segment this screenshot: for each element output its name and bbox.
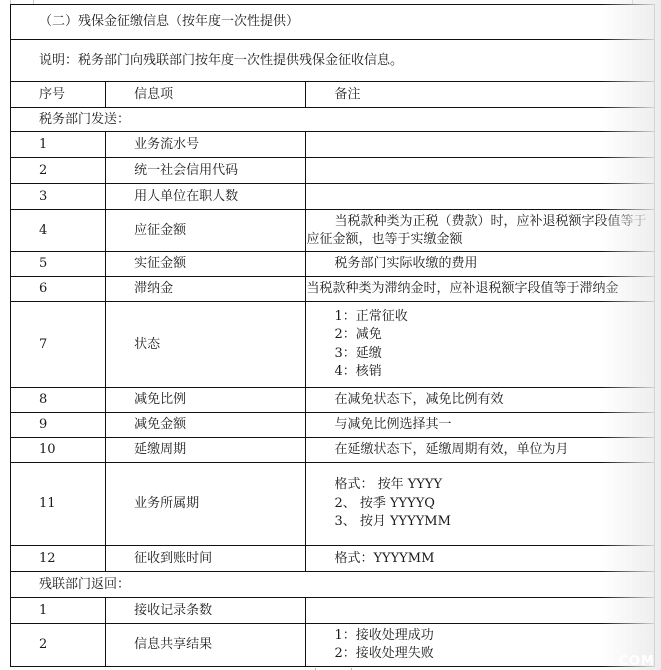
row-item: 实征金额 <box>106 252 306 277</box>
row-note: 格式：YYYYMM <box>306 546 655 572</box>
tax-section-label: 税务部门发送： <box>11 108 655 132</box>
row-item: 统一社会信用代码 <box>106 158 306 184</box>
row-note: 在延缴状态下，延缴周期有效，单位为月 <box>306 438 655 463</box>
row-note: 与减免比例选择其一 <box>306 413 655 438</box>
row-note <box>306 598 655 624</box>
note-line: 2、 按季 YYYYQ <box>334 495 654 514</box>
header-seq: 序号 <box>11 82 106 108</box>
header-note: 备注 <box>306 82 655 108</box>
row-seq: 7 <box>11 302 106 388</box>
row-note: 税务部门实际收缴的费用 <box>306 252 655 277</box>
row-seq: 4 <box>11 210 106 252</box>
row-item: 减免金额 <box>106 413 306 438</box>
header-item: 信息项 <box>106 82 306 108</box>
table-row: 2 统一社会信用代码 <box>11 158 655 184</box>
row-item: 征收到账时间 <box>106 546 306 572</box>
description-text: 说明：税务部门向残联部门按年度一次性提供残保金征收信息。 <box>11 40 655 82</box>
row-seq: 1 <box>11 132 106 158</box>
table-row: 8 减免比例 在减免状态下，减免比例有效 <box>11 388 655 413</box>
section-title-row: （二）残保金征缴信息（按年度一次性提供） <box>11 5 655 40</box>
table-row: 10 延缴周期 在延缴状态下，延缴周期有效，单位为月 <box>11 438 655 463</box>
row-seq: 5 <box>11 252 106 277</box>
row-note: 在减免状态下，减免比例有效 <box>306 388 655 413</box>
row-seq: 3 <box>11 184 106 210</box>
row-seq: 11 <box>11 463 106 546</box>
row-note <box>306 132 655 158</box>
section-title: （二）残保金征缴信息（按年度一次性提供） <box>11 5 655 40</box>
row-seq: 6 <box>11 277 106 302</box>
disabled-section-row: 残联部门返回： <box>11 572 655 598</box>
row-item: 滞纳金 <box>106 277 306 302</box>
table-row: 2 信息共享结果 1：接收处理成功 2：接收处理失败 <box>11 624 655 667</box>
row-item: 延缴周期 <box>106 438 306 463</box>
row-seq: 10 <box>11 438 106 463</box>
row-seq: 1 <box>11 598 106 624</box>
note-line: 1：正常征收 <box>334 308 654 327</box>
row-item: 状态 <box>106 302 306 388</box>
row-item: 应征金额 <box>106 210 306 252</box>
note-line: 1：接收处理成功 <box>334 627 654 646</box>
row-item: 减免比例 <box>106 388 306 413</box>
row-item: 业务流水号 <box>106 132 306 158</box>
row-note: 1：正常征收 2：减免 3：延缴 4：核销 <box>306 302 655 388</box>
row-item: 接收记录条数 <box>106 598 306 624</box>
table-row: 1 接收记录条数 <box>11 598 655 624</box>
note-line: 格式： 按年 YYYY <box>334 476 654 495</box>
table-row: 11 业务所属期 格式： 按年 YYYY 2、 按季 YYYYQ 3、 按月 Y… <box>11 463 655 546</box>
row-seq: 12 <box>11 546 106 572</box>
note-line: 4：核销 <box>334 363 654 382</box>
row-note: 当税款种类为正税（费款）时，应补退税额字段值等于 应征金额，也等于实缴金额 <box>306 210 655 252</box>
row-note: 格式： 按年 YYYY 2、 按季 YYYYQ 3、 按月 YYYYMM <box>306 463 655 546</box>
row-seq: 8 <box>11 388 106 413</box>
table-row: 5 实征金额 税务部门实际收缴的费用 <box>11 252 655 277</box>
row-item: 业务所属期 <box>106 463 306 546</box>
watermark: COM <box>618 654 655 669</box>
note-line: 3、 按月 YYYYMM <box>334 513 654 532</box>
table-row: 1 业务流水号 <box>11 132 655 158</box>
row-seq: 9 <box>11 413 106 438</box>
row-note: 当税款种类为滞纳金时，应补退税额字段值等于滞纳金 <box>306 277 655 302</box>
table-row: 3 用人单位在职人数 <box>11 184 655 210</box>
table-row: 9 减免金额 与减免比例选择其一 <box>11 413 655 438</box>
row-item: 信息共享结果 <box>106 624 306 667</box>
note-line: 3：延缴 <box>334 345 654 364</box>
note-line: 2：接收处理失败 <box>334 645 654 664</box>
table-row: 12 征收到账时间 格式：YYYYMM <box>11 546 655 572</box>
table-row: 7 状态 1：正常征收 2：减免 3：延缴 4：核销 <box>11 302 655 388</box>
row-note <box>306 184 655 210</box>
row-item: 用人单位在职人数 <box>106 184 306 210</box>
info-table: （二）残保金征缴信息（按年度一次性提供） 说明：税务部门向残联部门按年度一次性提… <box>10 4 655 667</box>
row-seq: 2 <box>11 624 106 667</box>
description-row: 说明：税务部门向残联部门按年度一次性提供残保金征收信息。 <box>11 40 655 82</box>
disabled-section-label: 残联部门返回： <box>11 572 655 598</box>
header-row: 序号 信息项 备注 <box>11 82 655 108</box>
table-row: 4 应征金额 当税款种类为正税（费款）时，应补退税额字段值等于 应征金额，也等于… <box>11 210 655 252</box>
table-row: 6 滞纳金 当税款种类为滞纳金时，应补退税额字段值等于滞纳金 <box>11 277 655 302</box>
row-note: 1：接收处理成功 2：接收处理失败 <box>306 624 655 667</box>
tax-section-row: 税务部门发送： <box>11 108 655 132</box>
row-seq: 2 <box>11 158 106 184</box>
row-note <box>306 158 655 184</box>
note-line: 2：减免 <box>334 326 654 345</box>
